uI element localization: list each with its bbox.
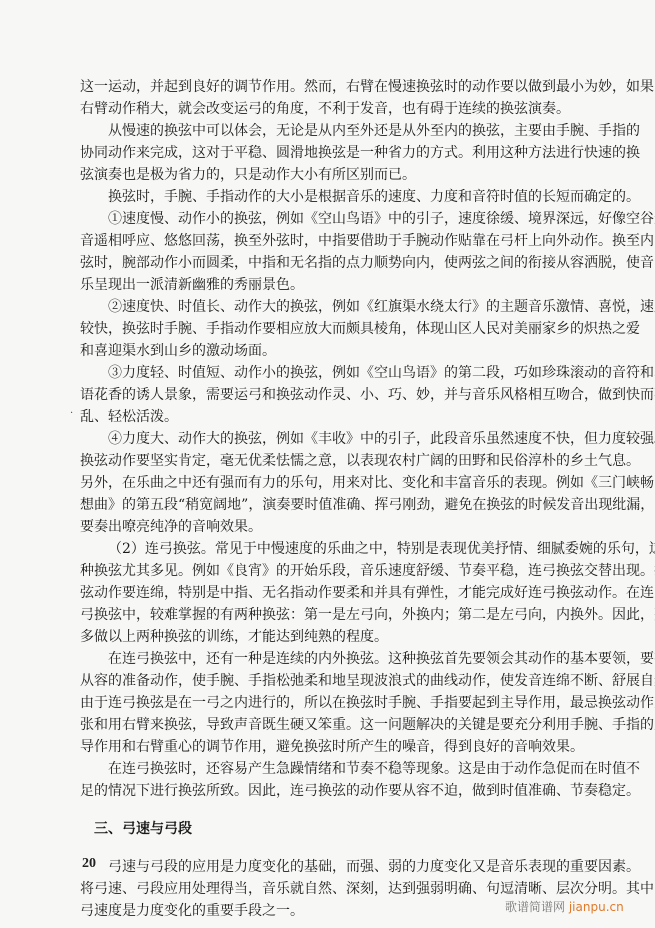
text-line: 换弦时，手腕、手指动作的大小是根据音乐的速度、力度和音符时值的长短而确定的。 xyxy=(80,186,580,208)
text-line: ①速度慢、动作小的换弦，例如《空山鸟语》中的引子，速度徐缓、境界深远，好像空谷余 xyxy=(80,208,580,230)
text-line: 协同动作来完成，这对于平稳、圆滑地换弦是一种省力的方式。利用这种方法进行快速的换 xyxy=(80,142,580,164)
text-line: 由于连弓换弦是在一弓之内进行的，所以在换弦时手腕、手指要起到主导作用，最忌换弦动… xyxy=(80,692,580,714)
paragraph-4: ①速度慢、动作小的换弦，例如《空山鸟语》中的引子，速度徐缓、境界深远，好像空谷余… xyxy=(80,208,580,296)
text-line: 弦动作要连绵，特别是中指、无名指动作要柔和并具有弹性，才能完成好连弓换弦动作。在… xyxy=(80,582,580,604)
text-line: 将弓速、弓段应用处理得当，音乐就自然、深刻，达到强弱明确、句逗清晰、层次分明。其… xyxy=(80,878,580,900)
text-line: 种换弦尤其多见。例如《良宵》的开始乐段，音乐速度舒缓、节奏平稳，连弓换弦交替出现… xyxy=(80,560,580,582)
text-line: 语花香的诱人景象，需要运弓和换弦动作灵、小、巧、妙，并与音乐风格相互吻合，做到快… xyxy=(80,384,580,406)
text-line: 弦时，腕部动作小而圆柔，中指和无名指的点力顺势向内，使两弦之间的衔接从容洒脱，使… xyxy=(80,252,580,274)
paragraph-2: 从慢速的换弦中可以体会，无论是从内至外还是从外至内的换弦，主要由手腕、手指的 协… xyxy=(80,120,580,186)
paragraph-8: （2）连弓换弦。常见于中慢速度的乐曲之中，特别是表现优美抒情、细腻委婉的乐句，这… xyxy=(80,538,580,648)
spacer xyxy=(80,840,580,856)
text-line: 弓换弦中，较难掌握的有两种换弦：第一是左弓向，外换内；第二是左弓向，内换外。因此… xyxy=(80,604,580,626)
text-line: 乐呈现出一派清新幽雅的秀丽景色。 xyxy=(80,274,580,296)
text-line: 从容的准备动作，使手腕、手指松弛柔和地呈现波浪式的曲线动作，使发音连绵不断、舒展… xyxy=(80,670,580,692)
text-line: 多做以上两种换弦的训练，才能达到纯熟的程度。 xyxy=(80,626,580,648)
paragraph-10: 在连弓换弦时，还容易产生急躁情绪和节奏不稳等现象。这是由于动作急促而在时值不 足… xyxy=(80,758,580,802)
watermark-url: jianpu.cn xyxy=(569,900,624,914)
text-line: 想曲》的第五段“稍宽阔地”，演奏要时值准确、挥弓刚劲，避免在换弦的时候发音出现纰… xyxy=(80,494,580,516)
text-line: ②速度快、时值长、动作大的换弦，例如《红旗渠水绕太行》的主题音乐激情、喜悦，速度 xyxy=(80,296,580,318)
text-line: ③力度轻、时值短、动作小的换弦，例如《空山鸟语》的第二段，巧如珍珠滚动的音符和鸟 xyxy=(80,362,580,384)
paragraph-1: 这一运动，并起到良好的调节作用。然而，右臂在慢速换弦时的动作要以做到最小为妙，如… xyxy=(80,76,580,120)
text-line: 导作用和右臂重心的调节作用，避免换弦时所产生的噪音，得到良好的音响效果。 xyxy=(80,736,580,758)
scan-artifact-dot: · xyxy=(588,758,591,767)
page-number: 20 xyxy=(82,856,96,872)
text-line: 要奏出嘹亮纯净的音响效果。 xyxy=(80,516,580,538)
text-line: 这一运动，并起到良好的调节作用。然而，右臂在慢速换弦时的动作要以做到最小为妙，如… xyxy=(80,76,580,98)
text-line: 和喜迎渠水到山乡的激动场面。 xyxy=(80,340,580,362)
text-line: ④力度大、动作大的换弦，例如《丰收》中的引子，此段音乐虽然速度不快，但力度较强。 xyxy=(80,428,580,450)
paragraph-5: ②速度快、时值长、动作大的换弦，例如《红旗渠水绕太行》的主题音乐激情、喜悦，速度… xyxy=(80,296,580,362)
paragraph-9: 在连弓换弦中，还有一种是连续的内外换弦。这种换弦首先要领会其动作的基本要领，要有… xyxy=(80,648,580,758)
text-line: 弦演奏也是极为省力的，只是动作大小有所区别而已。 xyxy=(80,164,580,186)
watermark-site-name: 歌谱简谱网 xyxy=(505,900,565,914)
paragraph-7: ④力度大、动作大的换弦，例如《丰收》中的引子，此段音乐虽然速度不快，但力度较强。… xyxy=(80,428,580,538)
text-line: 右臂动作稍大，就会改变运弓的角度，不利于发音，也有碍于连续的换弦演奏。 xyxy=(80,98,580,120)
text-line: 乱、轻松活泼。 xyxy=(80,406,580,428)
text-line: 换弦动作要坚实肯定，毫无优柔怯懦之意，以表现农村广阔的田野和民俗淳朴的乡土气息。 xyxy=(80,450,580,472)
paragraph-6: ③力度轻、时值短、动作小的换弦，例如《空山鸟语》的第二段，巧如珍珠滚动的音符和鸟… xyxy=(80,362,580,428)
text-line: 从慢速的换弦中可以体会，无论是从内至外还是从外至内的换弦，主要由手腕、手指的 xyxy=(80,120,580,142)
text-line: 弓速与弓段的应用是力度变化的基础，而强、弱的力度变化又是音乐表现的重要因素。 xyxy=(80,856,580,878)
text-line: 张和用右臂来换弦，导致声音既生硬又笨重。这一问题解决的关键是要充分利用手腕、手指… xyxy=(80,714,580,736)
text-line: 音遥相呼应、悠悠回荡，换至外弦时，中指要借助于手腕动作贴靠在弓杆上向外动作。换至… xyxy=(80,230,580,252)
text-line: 在连弓换弦时，还容易产生急躁情绪和节奏不稳等现象。这是由于动作急促而在时值不 xyxy=(80,758,580,780)
spacer xyxy=(80,802,580,818)
scan-artifact-dot: · xyxy=(70,408,73,419)
paragraph-3: 换弦时，手腕、手指动作的大小是根据音乐的速度、力度和音符时值的长短而确定的。 xyxy=(80,186,580,208)
text-line: 另外，在乐曲之中还有强而有力的乐句，用来对比、变化和丰富音乐的表现。例如《三门峡… xyxy=(80,472,580,494)
text-line: 较快，换弦时手腕、手指动作要相应放大而颇具棱角，体现山区人民对美丽家乡的炽热之爱 xyxy=(80,318,580,340)
section-heading: 三、弓速与弓段 xyxy=(80,818,580,840)
watermark: 歌谱简谱网 jianpu.cn xyxy=(505,898,624,915)
text-line: 在连弓换弦中，还有一种是连续的内外换弦。这种换弦首先要领会其动作的基本要领，要有 xyxy=(80,648,580,670)
text-line: （2）连弓换弦。常见于中慢速度的乐曲之中，特别是表现优美抒情、细腻委婉的乐句，这 xyxy=(80,538,580,560)
document-page: 这一运动，并起到良好的调节作用。然而，右臂在慢速换弦时的动作要以做到最小为妙，如… xyxy=(80,76,580,922)
text-line: 足的情况下进行换弦所致。因此，连弓换弦的动作要从容不迫，做到时值准确、节奏稳定。 xyxy=(80,780,580,802)
